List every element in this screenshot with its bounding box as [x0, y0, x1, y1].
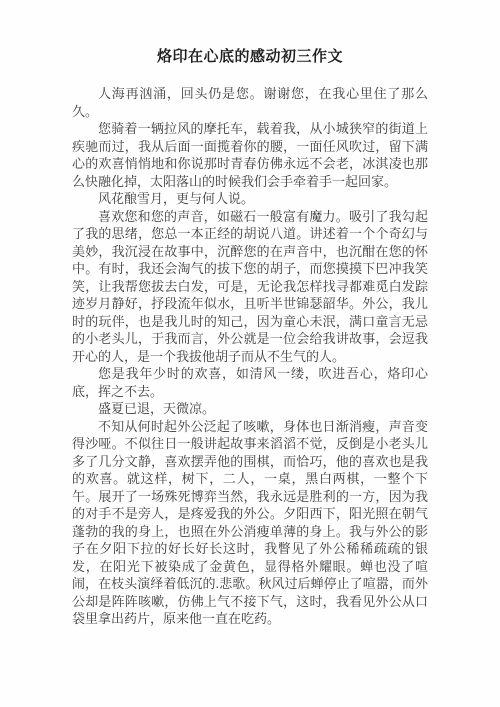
essay-title: 烙印在心底的感动初三作文 [0, 0, 500, 67]
essay-paragraph: 您是我年少时的欢喜，如清风一缕，吹进吾心，烙印心底，挥之不去。 [72, 365, 428, 400]
document-page: 烙印在心底的感动初三作文 人海再汹涌，回头仍是您。谢谢您，在我心里住了那么久。您… [0, 0, 500, 707]
essay-paragraph: 喜欢您和您的声音，如磁石一般富有魔力。吸引了我勾起了我的思绪，您总一本正经的胡说… [72, 208, 428, 366]
essay-paragraph: 不知从何时起外公泛起了咳嗽，身体也日渐消瘦，声音变得沙哑。不似往日一般讲起故事来… [72, 418, 428, 628]
essay-body: 人海再汹涌，回头仍是您。谢谢您，在我心里住了那么久。您骑着一辆拉风的摩托车，载着… [72, 85, 428, 628]
essay-paragraph: 风花酿雪月，更与何人说。 [72, 190, 428, 208]
essay-paragraph: 人海再汹涌，回头仍是您。谢谢您，在我心里住了那么久。 [72, 85, 428, 120]
essay-paragraph: 您骑着一辆拉风的摩托车，载着我，从小城狭窄的街道上疾驰而过，我从后面一面揽着你的… [72, 120, 428, 190]
essay-paragraph: 盛夏已退，天微凉。 [72, 400, 428, 418]
